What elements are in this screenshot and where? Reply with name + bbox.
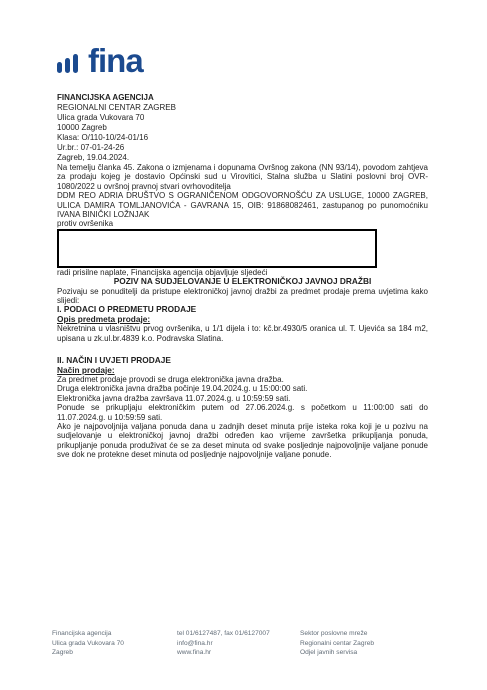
sender-city: 10000 Zagreb [57,123,428,133]
footer-agency-street: Ulica grada Vukovara 70 [52,639,124,649]
sender-address-block: FINANCIJSKA AGENCIJA REGIONALNI CENTAR Z… [57,0,428,133]
property-description-paragraph: Nekretnina u vlasništvu prvog ovršenika,… [57,324,428,343]
document-page: fina FINANCIJSKA AGENCIJA REGIONALNI CEN… [0,0,487,690]
sender-regional-center: REGIONALNI CENTAR ZAGREB [57,103,428,113]
footer-phone-fax: tel 01/6127487, fax 01/6127007 [177,629,270,639]
reference-numbers: Klasa: O/110-10/24-01/16 Ur.br.: 07-01-2… [57,133,428,153]
section-1-subheading: Opis predmeta prodaje: [57,315,428,324]
footer-agency-name: Financijska agencija [52,629,124,639]
klasa-number: Klasa: O/110-10/24-01/16 [57,133,428,143]
footer-sector: Sektor poslovne mreže [300,629,374,639]
place-and-date: Zagreb, 19.04.2024. [57,153,428,163]
redacted-debtor-box [57,229,377,268]
document-body: FINANCIJSKA AGENCIJA REGIONALNI CENTAR Z… [57,0,428,460]
document-title: POZIV NA SUDJELOVANJE U ELEKTRONIČKOJ JA… [57,277,428,286]
sale-method-paragraph: Za predmet prodaje provodi se druga elek… [57,375,428,384]
footer-department: Odjel javnih servisa [300,648,374,658]
footer-department-column: Sektor poslovne mreže Regionalni centar … [300,629,374,658]
legal-basis-paragraph: Na temelju članka 45. Zakona o izmjenama… [57,163,428,191]
urbroj-number: Ur.br.: 07-01-24-26 [57,143,428,153]
footer-agency-column: Financijska agencija Ulica grada Vukovar… [52,629,124,658]
invitation-paragraph: Pozivaju se ponuditelji da pristupe elek… [57,287,428,306]
auction-start-paragraph: Druga elektronička javna dražba počinje … [57,384,428,393]
section-2-subheading: Način prodaje: [57,366,428,375]
footer-email: info@fina.hr [177,639,270,649]
against-debtor-label: protiv ovršenika [57,219,428,228]
sender-agency-name: FINANCIJSKA AGENCIJA [57,93,428,103]
bid-collection-paragraph: Ponude se prikupljaju elektroničkim pute… [57,403,428,422]
footer-agency-city: Zagreb [52,648,124,658]
footer-contact-column: tel 01/6127487, fax 01/6127007 info@fina… [177,629,270,658]
extension-rule-paragraph: Ako je najpovoljnija valjana ponuda dana… [57,422,428,460]
footer-website: www.fina.hr [177,648,270,658]
footer-regional-center: Regionalni centar Zagreb [300,639,374,649]
auction-end-paragraph: Elektronička javna dražba završava 11.07… [57,394,428,403]
sender-street: Ulica grada Vukovara 70 [57,113,428,123]
creditor-paragraph: DDM REO ADRIA DRUŠTVO S OGRANIČENOM ODGO… [57,191,428,219]
